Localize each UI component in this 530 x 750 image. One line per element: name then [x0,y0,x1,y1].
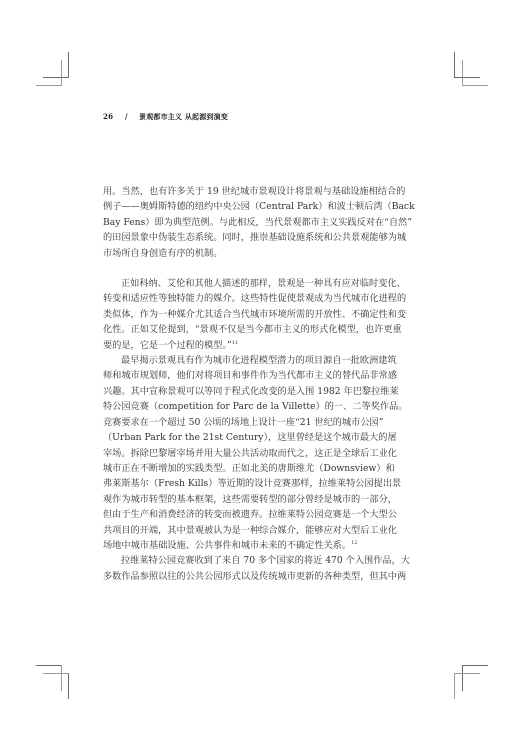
text-line: 竞赛要求在一个超过 50 公顷的场地上设计一座“21 世纪的城市公园” [103,415,383,430]
paragraph-1: 用。当然，也有许多关于 19 世纪城市景观设计将景观与基础设施相结合的 例子——… [103,184,383,261]
text-line: 转变和适应性等独特能力的媒介。这些特性促使景观成为当代城市化进程的 [103,291,383,306]
text-line: 但由于生产和消费经济的转变而被遗弃。拉维莱特公园竞赛是一个大型公 [103,507,383,522]
text-line: 最早揭示景观具有作为城市化进程模型潜力的项目源自一批欧洲建筑 [103,353,383,368]
text-line: 市场所自身创造有序的机制。 [103,246,383,261]
text-line: 师和城市规划师，他们对将项目和事件作为当代都市主义的替代品非常感 [103,368,383,383]
text-line: 用。当然，也有许多关于 19 世纪城市景观设计将景观与基础设施相结合的 [103,184,383,199]
text-line: 化性。正如艾伦提到，“景观不仅是当今都市主义的形式化模型，也许更重 [103,322,383,337]
text-line: 城市正在不断增加的实践类型。正如北美的唐斯维尤（Downsview）和 [103,461,383,476]
page-number: 26 [103,112,125,121]
text-line: 弗莱斯基尔（Fresh Kills）等近期的设计竞赛那样，拉维莱特公园提出景 [103,476,383,491]
footnote-marker[interactable]: 11 [232,340,238,346]
text-line: 要的是，它是一个过程的模型。”11 [103,338,383,353]
text-line: （Urban Park for the 21st Century），这里曾经是这… [103,430,383,445]
paragraph-3: 最早揭示景观具有作为城市化进程模型潜力的项目源自一批欧洲建筑 师和城市规划师，他… [103,353,383,553]
text-line-content: 场地中城市基础设施、公共事件和城市未来的不确定性关系。 [103,540,351,551]
running-head: 26/景观都市主义 从起源到演变 [103,112,228,122]
text-line: Bay Fens）即为典型范例。与此相反，当代景观都市主义实践反对在“自然” [103,215,383,230]
text-line: 的田园景象中伪装生态系统。同时，推崇基础设施系统和公共景观能够为城 [103,230,383,245]
paragraph-4: 拉维莱特公园竞赛收到了来自 70 多个国家的将近 470 个入围作品，大 多数作… [103,553,383,584]
footnote-marker[interactable]: 12 [351,540,357,546]
text-line: 场地中城市基础设施、公共事件和城市未来的不确定性关系。12 [103,538,383,553]
text-line: 共项目的开端，其中景观被认为是一种综合媒介，能够应对大型后工业化 [103,523,383,538]
text-line: 正如科纳、艾伦和其他人描述的那样，景观是一种具有应对临时变化、 [103,276,383,291]
text-line: 宰场。拆除巴黎屠宰场并用大量公共活动取而代之，这正是全球后工业化 [103,446,383,461]
paragraph-2: 正如科纳、艾伦和其他人描述的那样，景观是一种具有应对临时变化、 转变和适应性等独… [103,276,383,353]
text-line-content: 要的是，它是一个过程的模型。” [103,340,232,351]
body-text: 用。当然，也有许多关于 19 世纪城市景观设计将景观与基础设施相结合的 例子——… [103,184,383,584]
text-line: 类似体，作为一种媒介尤其适合当代城市环境所需的开放性、不确定性和变 [103,307,383,322]
text-line: 特公园竞赛（competition for Parc de la Villett… [103,399,383,414]
book-title: 景观都市主义 从起源到演变 [139,112,228,121]
text-line: 多数作品参照以往的公共公园形式以及传统城市更新的各种类型，但其中两 [103,569,383,584]
text-line: 兴趣。其中宣称景观可以等同于程式化改变的是入围 1982 年巴黎拉维莱 [103,384,383,399]
text-line: 拉维莱特公园竞赛收到了来自 70 多个国家的将近 470 个入围作品，大 [103,553,383,568]
text-line: 例子——奥姆斯特德的纽约中央公园（Central Park）和波士顿后湾（Bac… [103,199,383,214]
header-separator: / [125,112,139,121]
text-line: 观作为城市转型的基本框架，这些需要转型的部分曾经是城市的一部分， [103,492,383,507]
